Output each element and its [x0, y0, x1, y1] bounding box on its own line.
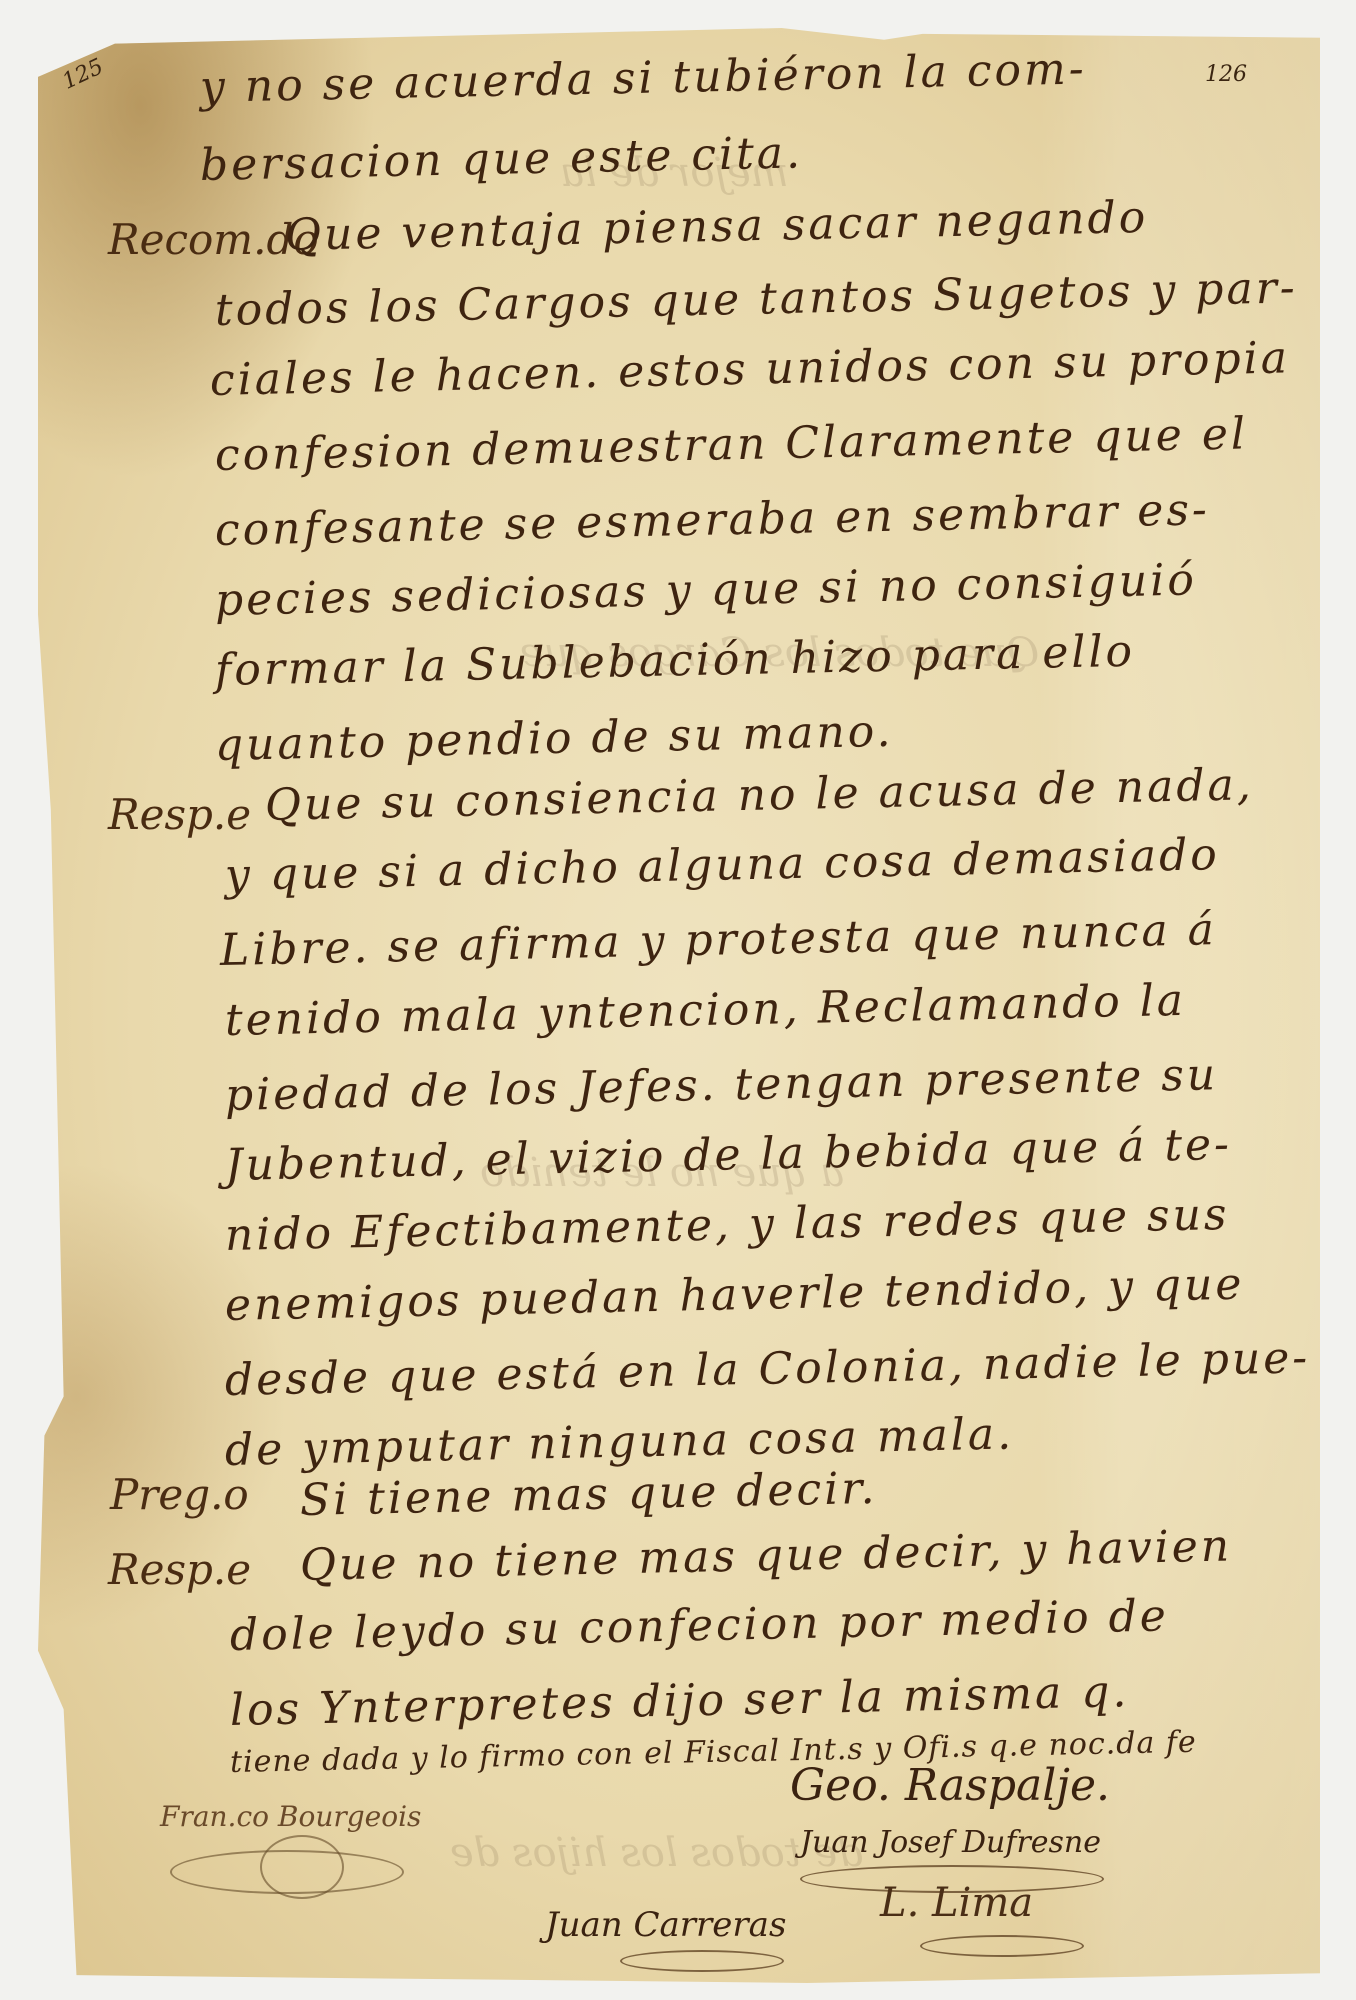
signature-flourish — [920, 1935, 1084, 1957]
folio-number-right: 126 — [1205, 62, 1247, 87]
margin-label-resp: Resp.e — [108, 790, 251, 839]
signature-geo-raspalje: Geo. Raspalje. — [790, 1760, 1110, 1811]
margin-label-preg: Preg.o — [110, 1470, 249, 1519]
signature-bourgeois: Fran.co Bourgeois — [160, 1800, 421, 1833]
signature-juan-carreras: Juan Carreras — [545, 1905, 786, 1945]
signature-lima: L. Lima — [880, 1880, 1033, 1926]
margin-label-resp-2: Resp.e — [108, 1545, 251, 1594]
signature-flourish — [260, 1835, 344, 1899]
signature-juan-dufresne: Juan Josef Dufresne — [800, 1825, 1101, 1860]
signature-flourish — [620, 1950, 784, 1972]
